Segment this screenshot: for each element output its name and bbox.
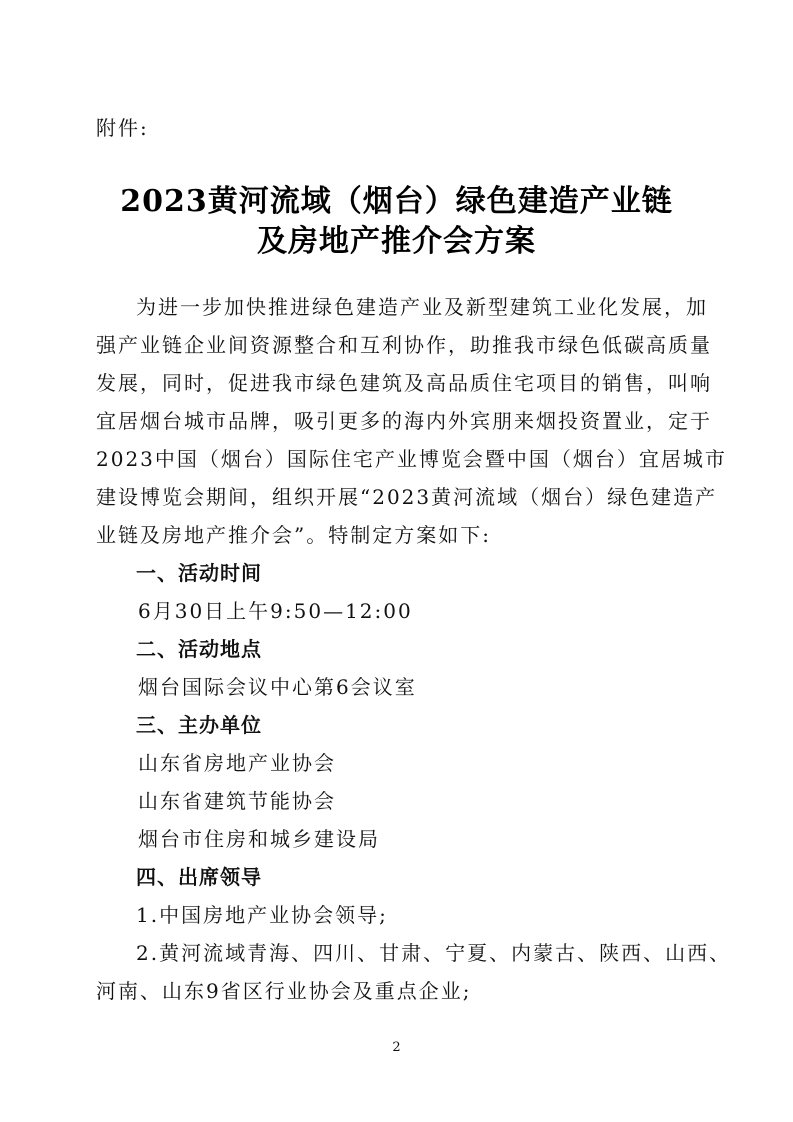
section-heading-time: 一、活动时间 bbox=[136, 557, 262, 586]
document-page: 附件: 2023黄河流域（烟台）绿色建造产业链 及房地产推介会方案 为进一步加快… bbox=[0, 0, 793, 1122]
intro-line: 强产业链企业间资源整合和互利协作，助推我市绿色低碳高质量 bbox=[96, 329, 712, 358]
event-location: 烟台国际会议中心第6会议室 bbox=[138, 671, 417, 700]
section-heading-location: 二、活动地点 bbox=[136, 633, 262, 662]
leader-item: 1.中国房地产业协会领导; bbox=[136, 899, 388, 928]
intro-line: 业链及房地产推介会”。特制定方案如下: bbox=[96, 519, 491, 548]
organizer-item: 烟台市住房和城乡建设局 bbox=[138, 823, 380, 852]
event-time: 6月30日上午9:50—12:00 bbox=[138, 595, 413, 624]
leader-item: 河南、山东9省区行业协会及重点企业; bbox=[96, 975, 471, 1004]
section-heading-leaders: 四、出席领导 bbox=[136, 861, 262, 890]
intro-line: 建设博览会期间，组织开展“2023黄河流域（烟台）绿色建造产 bbox=[96, 481, 717, 510]
page-number: 2 bbox=[0, 1040, 793, 1055]
organizer-item: 山东省建筑节能协会 bbox=[138, 785, 336, 814]
organizer-item: 山东省房地产业协会 bbox=[138, 747, 336, 776]
intro-line: 2023中国（烟台）国际住宅产业博览会暨中国（烟台）宜居城市 bbox=[96, 443, 727, 472]
section-heading-organizers: 三、主办单位 bbox=[136, 709, 262, 738]
document-title-line2: 及房地产推介会方案 bbox=[0, 216, 793, 260]
document-title-line1: 2023黄河流域（烟台）绿色建造产业链 bbox=[0, 176, 793, 220]
attachment-label: 附件: bbox=[96, 112, 149, 141]
intro-line: 发展，同时，促进我市绿色建筑及高品质住宅项目的销售，叫响 bbox=[96, 367, 712, 396]
intro-line: 为进一步加快推进绿色建造产业及新型建筑工业化发展，加 bbox=[136, 291, 708, 320]
intro-line: 宜居烟台城市品牌，吸引更多的海内外宾朋来烟投资置业，定于 bbox=[96, 405, 712, 434]
leader-item: 2.黄河流域青海、四川、甘肃、宁夏、内蒙古、陕西、山西、 bbox=[136, 937, 731, 966]
